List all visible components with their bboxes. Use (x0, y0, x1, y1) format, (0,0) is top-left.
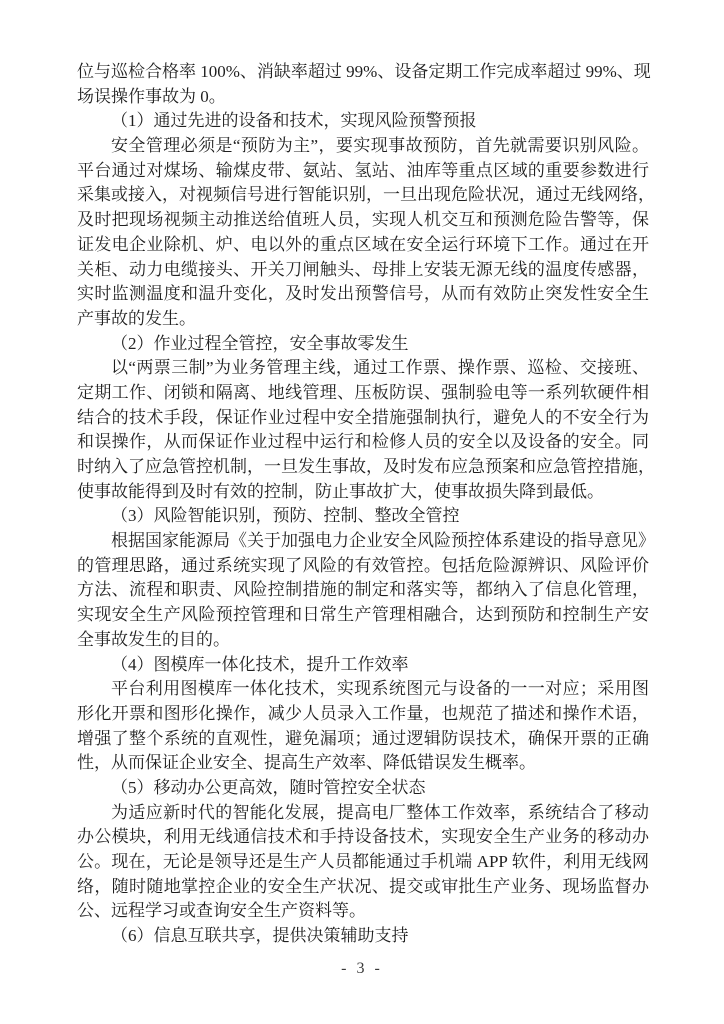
section-heading: （1）通过先进的设备和技术，实现风险预警预报 (77, 109, 649, 134)
text-line: 实时监测温度和温升变化，及时发出预警信号，从而有效防止突发性安全生 (77, 282, 649, 307)
text-line: 平台利用图模库一体化技术，实现系统图元与设备的一一对应；采用图 (77, 677, 649, 702)
text-line: 络，随时随地掌控企业的安全生产状况、提交或审批生产业务、现场监督办 (77, 875, 649, 900)
text-line: 时纳入了应急管控机制，一旦发生事故，及时发布应急预案和应急管控措施， (77, 455, 649, 480)
text-line: 为适应新时代的智能化发展，提高电厂整体工作效率，系统结合了移动 (77, 801, 649, 826)
text-line: 定期工作、闭锁和隔离、地线管理、压板防误、强制验电等一系列软硬件相 (77, 381, 649, 406)
text-line: 性，从而保证企业安全、提高生产效率、降低错误发生概率。 (77, 751, 649, 776)
text-line: 公。现在，无论是领导还是生产人员都能通过手机端 APP 软件，利用无线网 (77, 850, 649, 875)
text-line: 及时把现场视频主动推送给值班人员，实现人机交互和预测危险告警等，保 (77, 208, 649, 233)
text-line: 形化开票和图形化操作，减少人员录入工作量，也规范了描述和操作术语， (77, 702, 649, 727)
section-heading: （5）移动办公更高效，随时管控安全状态 (77, 776, 649, 801)
text-line: 实现安全生产风险预控管理和日常生产管理相融合，达到预防和控制生产安 (77, 603, 649, 628)
paragraph: 安全管理必须是“预防为主”，要实现事故预防，首先就需要识别风险。平台通过对煤场、… (77, 134, 649, 332)
text-line: 证发电企业除机、炉、电以外的重点区域在安全运行环境下工作。通过在开 (77, 233, 649, 258)
section-heading: （4）图模库一体化技术，提升工作效率 (77, 653, 649, 678)
text-line: 全事故发生的目的。 (77, 628, 649, 653)
section-heading: （2）作业过程全管控，安全事故零发生 (77, 332, 649, 357)
text-line: 产事故的发生。 (77, 307, 649, 332)
paragraph: 平台利用图模库一体化技术，实现系统图元与设备的一一对应；采用图形化开票和图形化操… (77, 677, 649, 776)
text-line: （2）作业过程全管控，安全事故零发生 (77, 332, 649, 357)
text-line: 结合的技术手段，保证作业过程中安全措施强制执行，避免人的不安全行为 (77, 406, 649, 431)
paragraph: 根据国家能源局《关于加强电力企业安全风险预控体系建设的指导意见》的管理思路，通过… (77, 529, 649, 652)
text-line: 场误操作事故为 0。 (77, 85, 649, 110)
text-line: 采集或接入，对视频信号进行智能识别，一旦出现危险状况，通过无线网络， (77, 183, 649, 208)
text-line: 增强了整个系统的直观性，避免漏项；通过逻辑防误技术，确保开票的正确 (77, 727, 649, 752)
text-line: 方法、流程和职责、风险控制措施的制定和落实等，都纳入了信息化管理， (77, 578, 649, 603)
text-line: 关柜、动力电缆接头、开关刀闸触头、母排上安装无源无线的温度传感器， (77, 258, 649, 283)
text-line: （1）通过先进的设备和技术，实现风险预警预报 (77, 109, 649, 134)
text-line: （5）移动办公更高效，随时管控安全状态 (77, 776, 649, 801)
text-line: （3）风险智能识别，预防、控制、整改全管控 (77, 504, 649, 529)
text-line: 安全管理必须是“预防为主”，要实现事故预防，首先就需要识别风险。 (77, 134, 649, 159)
text-line: 公、远程学习或查询安全生产资料等。 (77, 899, 649, 924)
paragraph: 位与巡检合格率 100%、消缺率超过 99%、设备定期工作完成率超过 99%、现… (77, 60, 649, 109)
text-line: （6）信息互联共享，提供决策辅助支持 (77, 924, 649, 949)
text-line: 以“两票三制”为业务管理主线，通过工作票、操作票、巡检、交接班、 (77, 356, 649, 381)
paragraph: 为适应新时代的智能化发展，提高电厂整体工作效率，系统结合了移动办公模块，利用无线… (77, 801, 649, 924)
page-number: - 3 - (0, 958, 724, 980)
document-body: 位与巡检合格率 100%、消缺率超过 99%、设备定期工作完成率超过 99%、现… (77, 60, 649, 949)
text-line: 的管理思路，通过系统实现了风险的有效管控。包括危险源辨识、风险评价 (77, 554, 649, 579)
text-line: 位与巡检合格率 100%、消缺率超过 99%、设备定期工作完成率超过 99%、现 (77, 60, 649, 85)
text-line: 使事故能得到及时有效的控制，防止事故扩大，使事故损失降到最低。 (77, 480, 649, 505)
text-line: （4）图模库一体化技术，提升工作效率 (77, 653, 649, 678)
text-line: 平台通过对煤场、输煤皮带、氨站、氢站、油库等重点区域的重要参数进行 (77, 159, 649, 184)
section-heading: （6）信息互联共享，提供决策辅助支持 (77, 924, 649, 949)
text-line: 根据国家能源局《关于加强电力企业安全风险预控体系建设的指导意见》 (77, 529, 649, 554)
paragraph: 以“两票三制”为业务管理主线，通过工作票、操作票、巡检、交接班、定期工作、闭锁和… (77, 356, 649, 504)
text-line: 和误操作，从而保证作业过程中运行和检修人员的安全以及设备的安全。同 (77, 430, 649, 455)
document-page: 位与巡检合格率 100%、消缺率超过 99%、设备定期工作完成率超过 99%、现… (0, 0, 724, 1024)
text-line: 办公模块，利用无线通信技术和手持设备技术，实现安全生产业务的移动办 (77, 825, 649, 850)
section-heading: （3）风险智能识别，预防、控制、整改全管控 (77, 504, 649, 529)
